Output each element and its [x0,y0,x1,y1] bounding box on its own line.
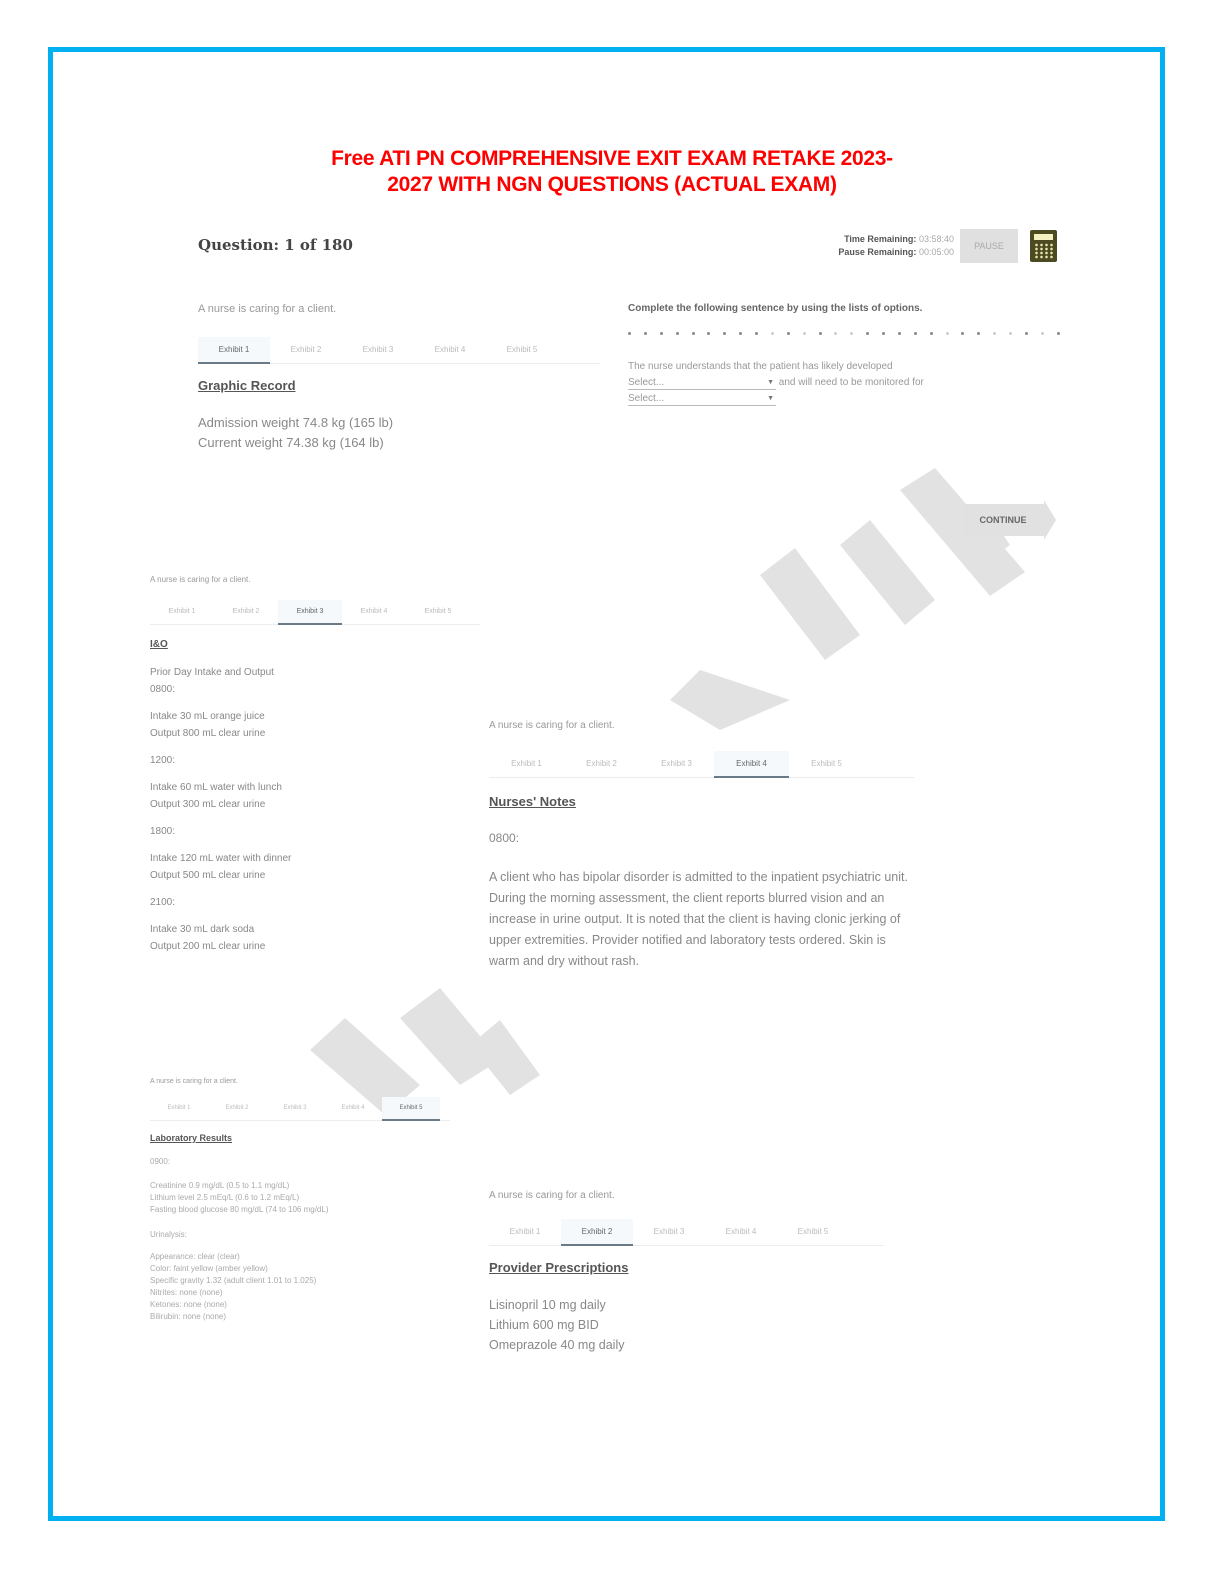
scenario-intro: A nurse is caring for a client. [150,575,480,584]
progress-dot [1025,332,1028,335]
calculator-icon[interactable] [1030,230,1057,262]
io-intake: Intake 60 mL water with lunch [150,779,480,796]
progress-dot [707,332,710,335]
progress-dot [866,332,869,335]
io-output: Output 200 mL clear urine [150,938,480,955]
nurse-note-text: A client who has bipolar disorder is adm… [489,867,914,972]
lab-value: Creatinine 0.9 mg/dL (0.5 to 1.1 mg/dL) [150,1180,450,1192]
io-intake: Intake 30 mL dark soda [150,921,480,938]
tab-exhibit-4[interactable]: Exhibit 4 [414,337,486,363]
io-entries: 0800:Intake 30 mL orange juiceOutput 800… [150,681,480,955]
exhibit-heading: I&O [150,639,480,650]
tab-exhibit-3[interactable]: Exhibit 3 [278,600,342,624]
tab-exhibit-2[interactable]: Exhibit 2 [214,600,278,624]
exhibit-body: Prior Day Intake and Output 0800:Intake … [150,664,480,955]
tab-exhibit-2[interactable]: Exhibit 2 [270,337,342,363]
tab-exhibit-1[interactable]: Exhibit 1 [150,600,214,624]
tab-exhibit-1[interactable]: Exhibit 1 [150,1097,208,1120]
exhibit-panel-io: A nurse is caring for a client. Exhibit … [150,575,480,955]
progress-dot [803,332,806,335]
io-time: 1200: [150,752,480,769]
exhibit-panel-provider-prescriptions: A nurse is caring for a client. Exhibit … [489,1190,884,1355]
arrow-right-icon [1044,500,1056,540]
scenario-intro: A nurse is caring for a client. [489,1190,884,1201]
progress-dot [850,332,853,335]
tab-exhibit-5[interactable]: Exhibit 5 [777,1219,849,1245]
exhibit-tabs: Exhibit 1Exhibit 2Exhibit 3Exhibit 4Exhi… [489,1219,884,1246]
tab-exhibit-1[interactable]: Exhibit 1 [489,751,564,777]
tab-exhibit-3[interactable]: Exhibit 3 [342,337,414,363]
io-subtitle: Prior Day Intake and Output [150,664,480,681]
io-entry: Intake 60 mL water with lunchOutput 300 … [150,779,480,813]
progress-dot [819,332,822,335]
io-output: Output 500 mL clear urine [150,867,480,884]
exhibit-tabs: Exhibit 1Exhibit 2Exhibit 3Exhibit 4Exhi… [150,1097,450,1121]
exhibit-heading: Laboratory Results [150,1133,450,1143]
tab-exhibit-3[interactable]: Exhibit 3 [633,1219,705,1245]
progress-dot [692,332,695,335]
progress-dot [723,332,726,335]
urinalysis-value: Color: faint yellow (amber yellow) [150,1263,450,1275]
tab-exhibit-1[interactable]: Exhibit 1 [198,337,270,363]
progress-dot [644,332,647,335]
continue-label: CONTINUE [962,504,1044,536]
title-line-1: Free ATI PN COMPREHENSIVE EXIT EXAM RETA… [0,146,1224,172]
lab-values: Creatinine 0.9 mg/dL (0.5 to 1.1 mg/dL)L… [150,1180,450,1216]
io-intake: Intake 120 mL water with dinner [150,850,480,867]
continue-button[interactable]: CONTINUE [962,500,1056,540]
question-number: Question: 1 of 180 [198,236,353,254]
scenario-intro: A nurse is caring for a client. [150,1078,450,1085]
tab-exhibit-4[interactable]: Exhibit 4 [342,600,406,624]
progress-dot [739,332,742,335]
progress-dot [1057,332,1060,335]
progress-dot [628,332,631,335]
exhibit-tabs: Exhibit 1Exhibit 2Exhibit 3Exhibit 4Exhi… [150,600,480,625]
lab-value: Lithium level 2.5 mEq/L (0.6 to 1.2 mEq/… [150,1192,450,1204]
tab-exhibit-3[interactable]: Exhibit 3 [639,751,714,777]
exhibit-heading: Nurses' Notes [489,794,914,809]
progress-dot [660,332,663,335]
scenario-intro: A nurse is caring for a client. [489,720,914,731]
progress-dots [628,332,1060,335]
tab-exhibit-5[interactable]: Exhibit 5 [382,1097,440,1120]
select-monitor-dropdown[interactable]: Select...▼ [628,392,776,406]
exhibit-panel-graphic-record: A nurse is caring for a client. Exhibit … [198,303,600,453]
prescription-item: Lithium 600 mg BID [489,1315,884,1335]
urinalysis-value: Bilirubin: none (none) [150,1311,450,1323]
io-output: Output 300 mL clear urine [150,796,480,813]
prescription-item: Lisinopril 10 mg daily [489,1295,884,1315]
tab-exhibit-2[interactable]: Exhibit 2 [564,751,639,777]
progress-dot [787,332,790,335]
exhibit-panel-lab-results: A nurse is caring for a client. Exhibit … [150,1078,450,1323]
prescription-list: Lisinopril 10 mg dailyLithium 600 mg BID… [489,1295,884,1355]
question-sentence: The nurse understands that the patient h… [628,359,1028,407]
sentence-part-2: and will need to be monitored for [779,377,924,388]
progress-dot [946,332,949,335]
tab-exhibit-5[interactable]: Exhibit 5 [486,337,558,363]
progress-dot [1009,332,1012,335]
io-entry: Intake 30 mL dark sodaOutput 200 mL clea… [150,921,480,955]
current-weight: Current weight 74.38 kg (164 lb) [198,433,600,453]
progress-dot [961,332,964,335]
tab-exhibit-5[interactable]: Exhibit 5 [789,751,864,777]
tab-exhibit-1[interactable]: Exhibit 1 [489,1219,561,1245]
exhibit-heading: Graphic Record [198,378,600,393]
exhibit-tabs: Exhibit 1Exhibit 2Exhibit 3Exhibit 4Exhi… [198,337,600,364]
select-condition-dropdown[interactable]: Select...▼ [628,376,776,390]
progress-dot [755,332,758,335]
io-entry: Intake 30 mL orange juiceOutput 800 mL c… [150,708,480,742]
title-line-2: 2027 WITH NGN QUESTIONS (ACTUAL EXAM) [0,172,1224,198]
urinalysis-values: Appearance: clear (clear)Color: faint ye… [150,1251,450,1323]
progress-dot [898,332,901,335]
progress-dot [834,332,837,335]
progress-dot [882,332,885,335]
chevron-down-icon: ▼ [767,392,774,405]
tab-exhibit-3[interactable]: Exhibit 3 [266,1097,324,1120]
exhibit-panel-nurses-notes: A nurse is caring for a client. Exhibit … [489,720,914,972]
progress-dot [676,332,679,335]
urinalysis-value: Appearance: clear (clear) [150,1251,450,1263]
exhibit-tabs: Exhibit 1Exhibit 2Exhibit 3Exhibit 4Exhi… [489,751,914,778]
tab-exhibit-2[interactable]: Exhibit 2 [561,1219,633,1245]
time-remaining: Time Remaining: 03:58:40 [780,233,954,246]
urinalysis-value: Nitrites: none (none) [150,1287,450,1299]
progress-dot [993,332,996,335]
progress-dot [914,332,917,335]
admission-weight: Admission weight 74.8 kg (165 lb) [198,413,600,433]
urinalysis-label: Urinalysis: [150,1230,450,1239]
pause-remaining: Pause Remaining: 00:05:00 [780,246,954,259]
sentence-part-1: The nurse understands that the patient h… [628,359,1028,375]
calculator-screen [1034,234,1053,240]
progress-dot [930,332,933,335]
exhibit-heading: Provider Prescriptions [489,1260,884,1275]
io-output: Output 800 mL clear urine [150,725,480,742]
progress-dot [1041,332,1044,335]
pause-button[interactable]: PAUSE [960,229,1018,263]
tab-exhibit-4[interactable]: Exhibit 4 [705,1219,777,1245]
scenario-intro: A nurse is caring for a client. [198,303,600,315]
tab-exhibit-4[interactable]: Exhibit 4 [324,1097,382,1120]
exhibit-body: Admission weight 74.8 kg (165 lb) Curren… [198,413,600,453]
calculator-keys [1034,243,1053,259]
timers: Time Remaining: 03:58:40 Pause Remaining… [780,233,954,259]
note-time: 0800: [489,831,914,845]
progress-dot [977,332,980,335]
question-instruction: Complete the following sentence by using… [628,303,922,314]
tab-exhibit-4[interactable]: Exhibit 4 [714,751,789,777]
io-time: 0800: [150,681,480,698]
tab-exhibit-2[interactable]: Exhibit 2 [208,1097,266,1120]
lab-time: 0900: [150,1157,450,1166]
lab-value: Fasting blood glucose 80 mg/dL (74 to 10… [150,1204,450,1216]
tab-exhibit-5[interactable]: Exhibit 5 [406,600,470,624]
progress-dot [771,332,774,335]
urinalysis-value: Ketones: none (none) [150,1299,450,1311]
chevron-down-icon: ▼ [767,376,774,389]
urinalysis-value: Specific gravity 1.32 (adult client 1.01… [150,1275,450,1287]
io-intake: Intake 30 mL orange juice [150,708,480,725]
io-time: 1800: [150,823,480,840]
io-time: 2100: [150,894,480,911]
io-entry: Intake 120 mL water with dinnerOutput 50… [150,850,480,884]
document-title: Free ATI PN COMPREHENSIVE EXIT EXAM RETA… [0,146,1224,198]
prescription-item: Omeprazole 40 mg daily [489,1335,884,1355]
